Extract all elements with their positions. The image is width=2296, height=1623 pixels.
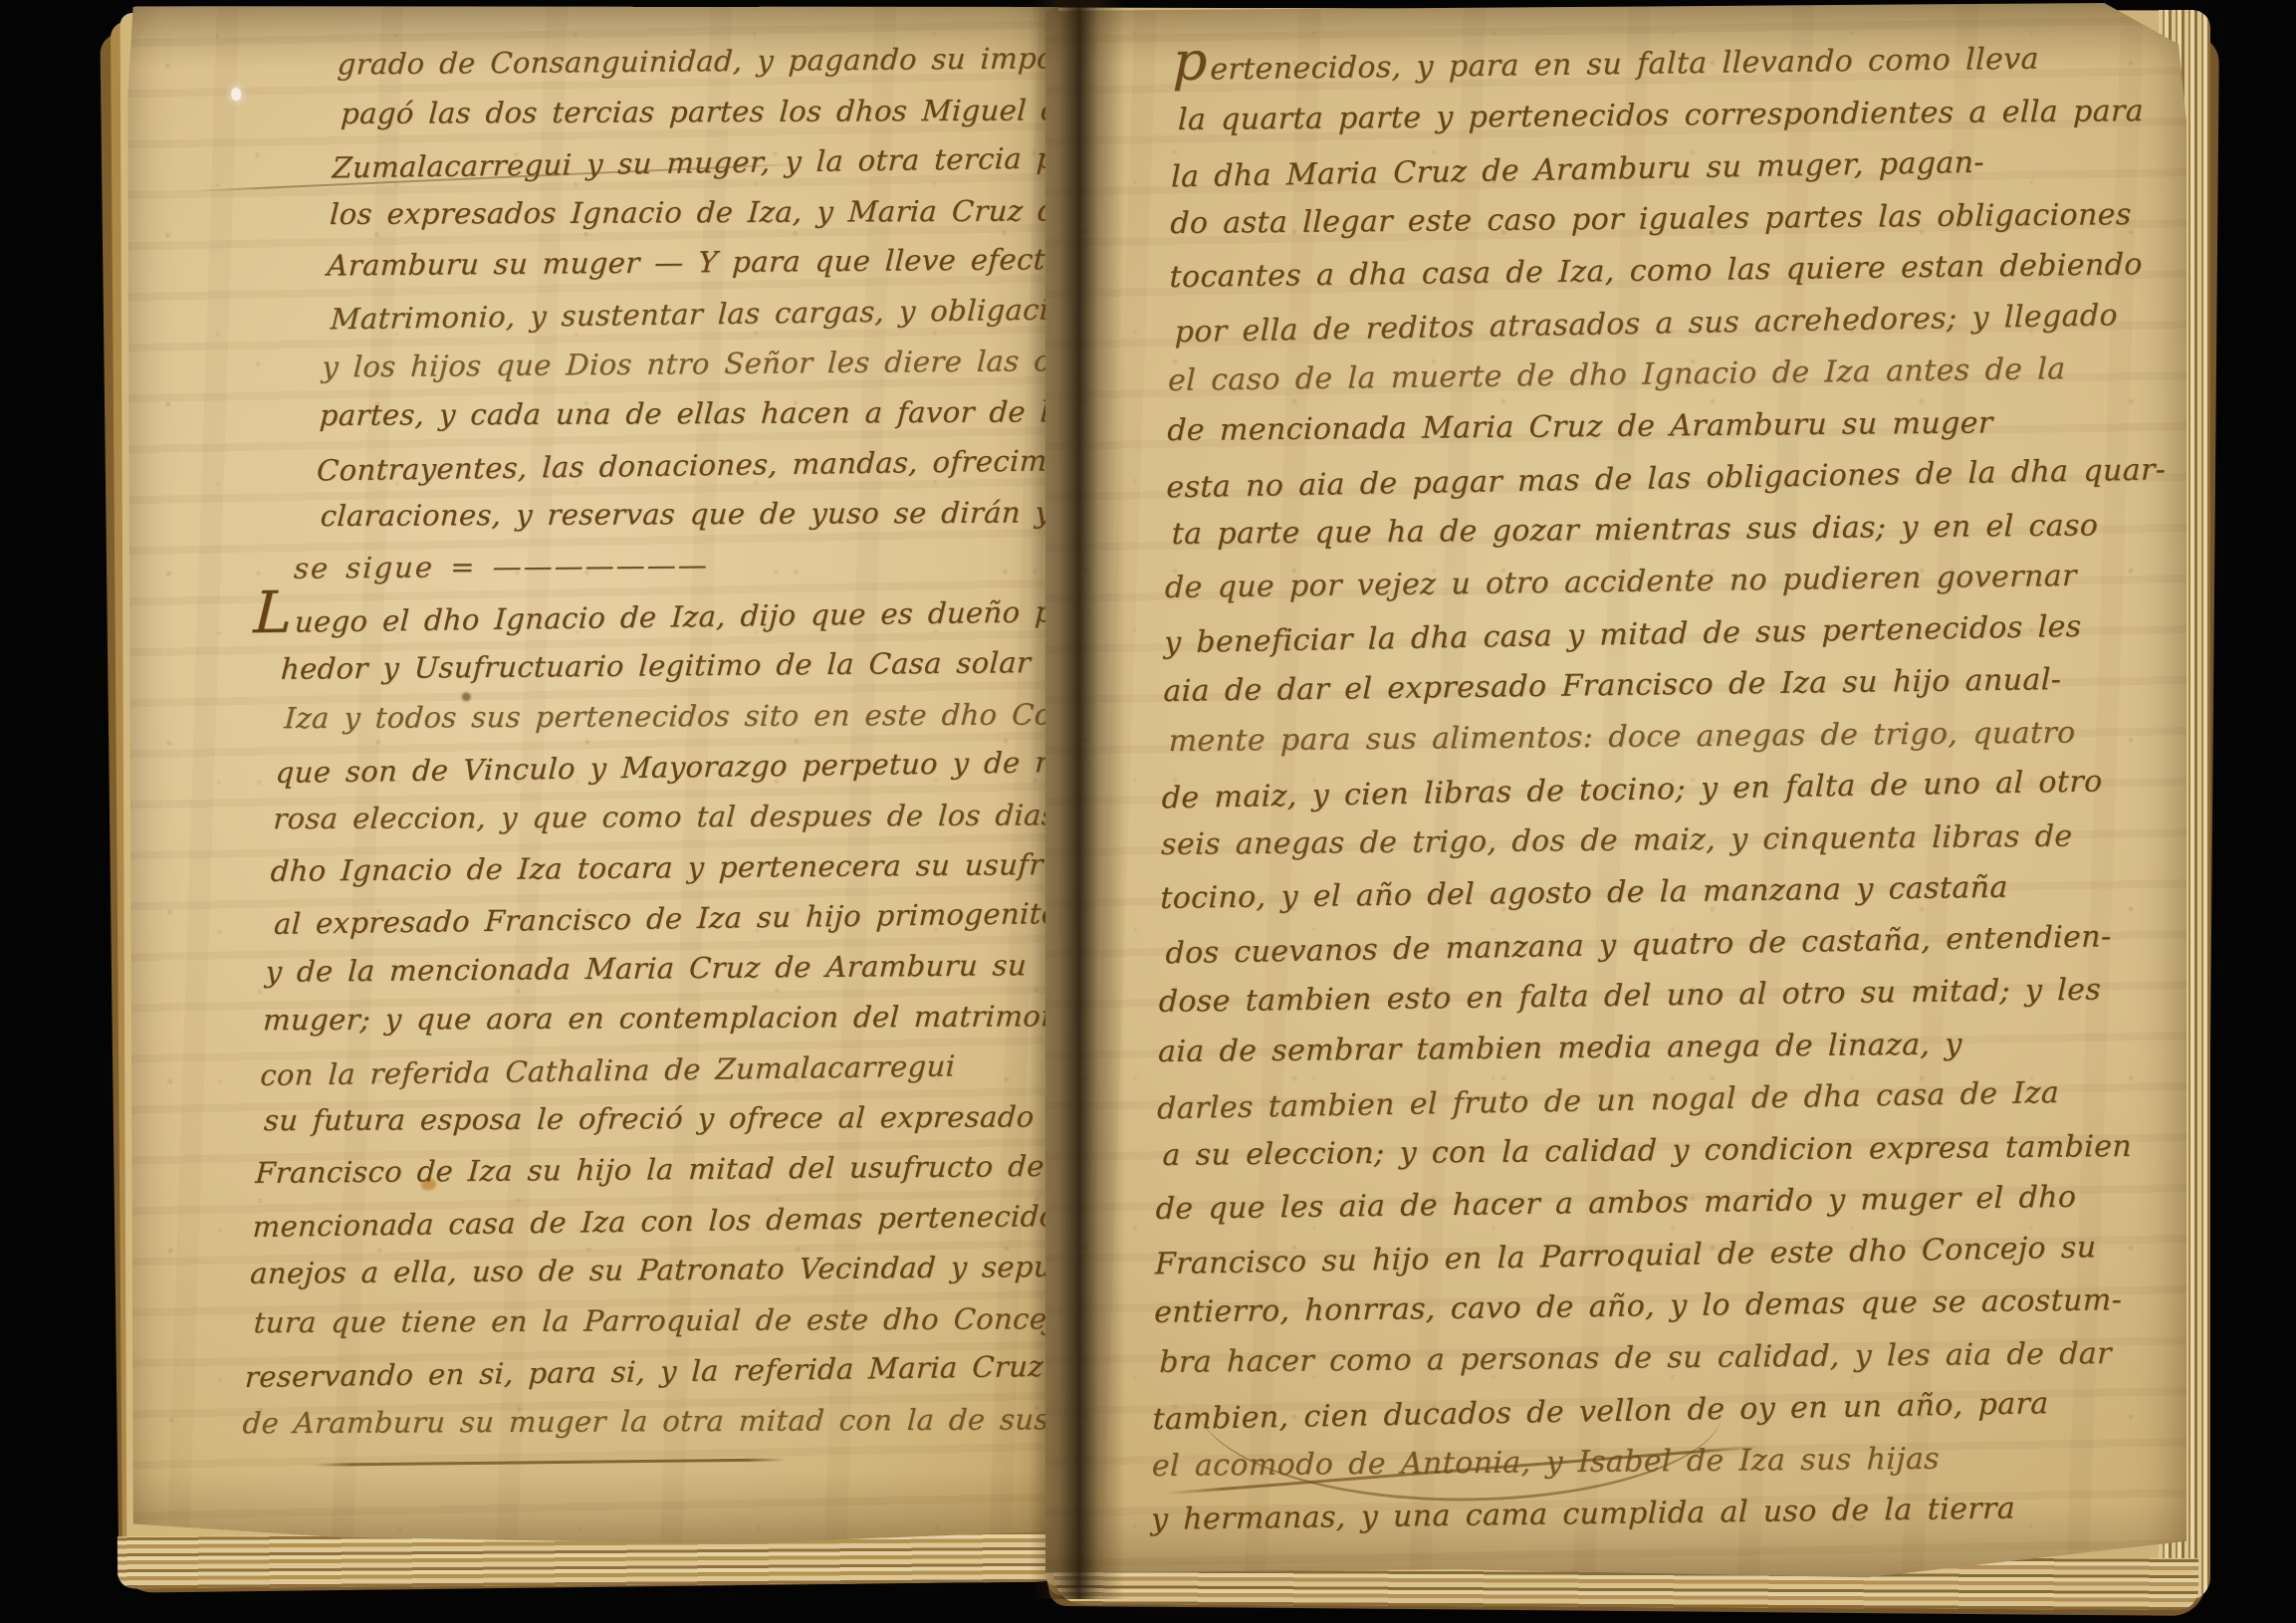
manuscript-line: los expresados Ignacio de Iza, y Maria C…: [303, 185, 1067, 240]
manuscript-line: Contrayentes, las donaciones, mandas, of…: [290, 434, 1067, 496]
paper-speck: [231, 88, 241, 101]
right-page-text: pertenecidos, y para en su falta llevand…: [1151, 32, 2155, 1546]
manuscript-line: Francisco de Iza su hijo la mitad del us…: [254, 1141, 1067, 1199]
manuscript-line: el acomodo de Antonia, y Isabel de Iza s…: [1151, 1432, 2133, 1493]
left-page: grado de Consanguinidad, y pagando su im…: [127, 4, 1067, 1548]
manuscript-line: que son de Vinculo y Mayorazgo perpetuo …: [275, 737, 1067, 799]
manuscript-line: pagó las dos tercias partes los dhos Mig…: [314, 85, 1067, 139]
manuscript-line: partes, y cada una de ellas hacen a favo…: [293, 386, 1067, 441]
manuscript-line: muger; y que aora en contemplacion del m…: [262, 991, 1067, 1045]
manuscript-line: Luego el dho Ignacio de Iza, dijo que es…: [252, 585, 1067, 647]
manuscript-line: do asta llegar este caso por iguales par…: [1170, 189, 2152, 250]
ink-underline: [313, 1458, 786, 1466]
manuscript-photo: grado de Consanguinidad, y pagando su im…: [0, 0, 2296, 1623]
manuscript-line: grado de Consanguinidad, y pagando su im…: [310, 32, 1067, 90]
manuscript-line: rosa eleccion, y que como tal despues de…: [272, 790, 1067, 844]
right-page: pertenecidos, y para en su falta llevand…: [1045, 3, 2186, 1582]
manuscript-line: seis anegas de trigo, dos de maiz, y cin…: [1161, 811, 2143, 871]
manuscript-line: Iza y todos sus pertenecidos sito en est…: [283, 689, 1067, 744]
manuscript-line: reservando en si, para si, y la referida…: [244, 1341, 1067, 1403]
manuscript-line: y los hijos que Dios ntro Señor les dier…: [295, 335, 1067, 392]
manuscript-line: y hermanas, y una cama cumplida al uso d…: [1151, 1482, 2133, 1546]
manuscript-line: se sigue = ———————: [285, 536, 1067, 593]
manuscript-line: mencionada casa de Iza con los demas per…: [251, 1190, 1067, 1252]
left-page-text: grado de Consanguinidad, y pagando su im…: [241, 32, 1067, 1450]
manuscript-line: dho Ignacio de Iza tocara y pertenecera …: [269, 838, 1067, 896]
manuscript-line: de Aramburu su muger la otra mitad con l…: [241, 1394, 1067, 1449]
manuscript-line: Zumalacarregui y su muger, y la otra ter…: [305, 132, 1067, 194]
manuscript-line: su futura esposa le ofreció y ofrece al …: [263, 1092, 1067, 1147]
manuscript-line: a su eleccion; y con la calidad y condic…: [1162, 1121, 2138, 1182]
open-book: grado de Consanguinidad, y pagando su im…: [110, 0, 2198, 1623]
manuscript-line: claraciones, y reservas que de yuso se d…: [293, 487, 1067, 542]
manuscript-line: Aramburu su muger — Y para que lleve efe…: [300, 234, 1067, 292]
manuscript-line: tura que tiene en la Parroquial de este …: [252, 1293, 1067, 1348]
ink-blot: [462, 692, 471, 701]
